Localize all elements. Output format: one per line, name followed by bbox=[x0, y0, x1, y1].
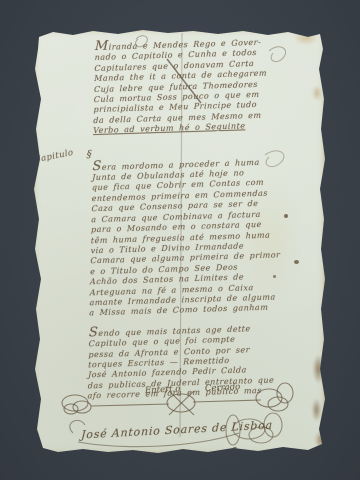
stain bbox=[312, 399, 321, 421]
paragraph-2: Sera mordomo a proceder a humaJunta de O… bbox=[89, 155, 298, 319]
margin-note-capitulo: Capitulo bbox=[34, 145, 91, 166]
handwriting-column: Miranda e Mendes Rego e Gover-nado o Cap… bbox=[87, 36, 300, 402]
closing-word-right: Cerrado bbox=[205, 382, 241, 394]
closing-line: Entert.o Cerrado bbox=[33, 385, 325, 399]
manuscript-page: Capitulo Miranda e Mendes Rego e Gover-n… bbox=[33, 29, 325, 454]
closing-word-left: Entert.o bbox=[145, 384, 181, 396]
stain bbox=[315, 431, 327, 449]
stain bbox=[313, 355, 324, 383]
stain bbox=[312, 85, 322, 101]
ink-speck bbox=[233, 447, 237, 450]
photo-backdrop: Capitulo Miranda e Mendes Rego e Gover-n… bbox=[0, 0, 360, 480]
signature: José Antonio Soares de Lisboa bbox=[81, 417, 291, 441]
paragraph-1: Miranda e Mendes Rego e Gover-nado o Cap… bbox=[93, 36, 301, 137]
